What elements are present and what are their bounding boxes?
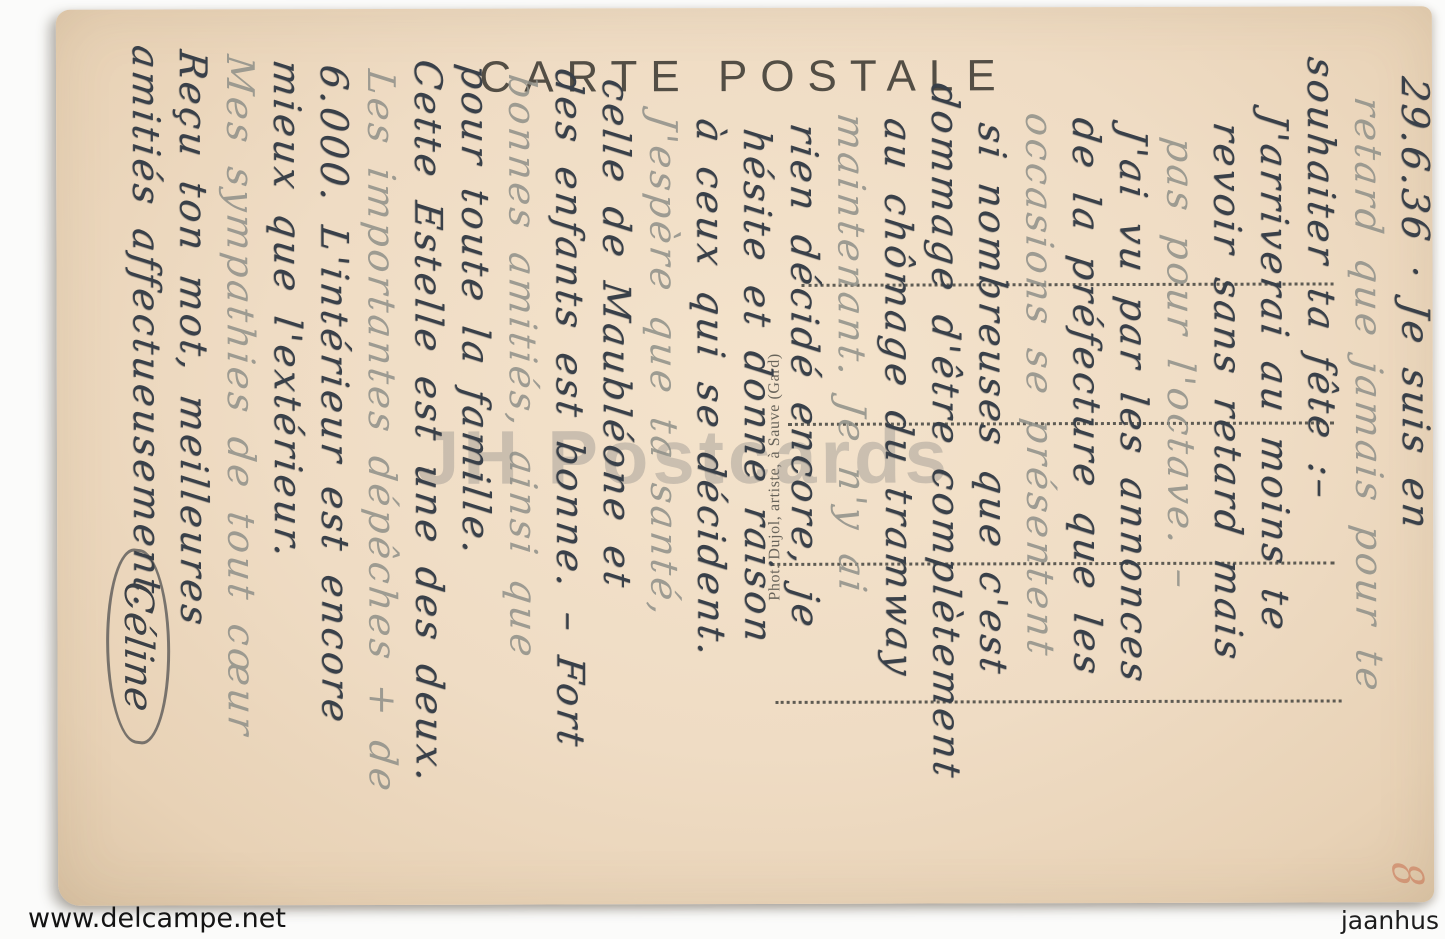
- handwriting-line: dommage d'être complètement: [921, 81, 970, 907]
- red-pencil-mark: 8: [1381, 861, 1433, 888]
- handwriting-line: 6.000. L'intérieur est encore: [310, 62, 359, 908]
- postcard-scan: CARTE POSTALE Phot. Dujol, artiste, à Sa…: [0, 0, 1445, 939]
- handwriting-line: au chômage du tramway: [874, 116, 923, 907]
- handwriting-line: 29.6.36 · Je suis en: [1391, 74, 1440, 905]
- handwriting-line: occasions se présentent: [1015, 110, 1064, 906]
- handwriting-line: à ceux qui se décident.: [686, 116, 735, 907]
- handwriting-line: mieux que l'extérieur.: [263, 57, 312, 908]
- handwriting-line: de la préfecture que les: [1062, 115, 1111, 906]
- handwriting-line: retard que jamais pour te: [1344, 95, 1393, 906]
- signature: Céline: [53, 561, 223, 731]
- handwriting-line: maintenant. Je n'y ai: [827, 111, 876, 907]
- postcard-back: CARTE POSTALE Phot. Dujol, artiste, à Sa…: [56, 6, 1434, 906]
- handwriting-line: si nombreuses que c'est: [968, 121, 1017, 907]
- handwriting-line: revoir sans retard mais: [1203, 120, 1252, 906]
- handwriting-line: amitiés affectueusement.: [122, 43, 171, 909]
- handwriting-line: pas pour l'octave. –: [1156, 135, 1205, 906]
- handwriting-line: J'ai vu par les annonces: [1109, 125, 1158, 906]
- handwriting-line: pour toute la famille.: [451, 62, 500, 908]
- handwriting-line: Cette Estelle est une des deux.: [404, 57, 453, 908]
- signature-name: Céline: [106, 545, 171, 749]
- handwriting-line: Les importantes dépêches + de: [357, 67, 406, 908]
- handwriting-line: des enfants est bonne. – Fort: [545, 67, 594, 908]
- handwriting-line: hésite et donne raison: [733, 126, 782, 907]
- handwriting-line: Reçu ton mot, meilleures: [169, 48, 218, 909]
- handwriting-line: rien décidé encore, je: [780, 121, 829, 907]
- delcampe-watermark: www.delcampe.net: [28, 903, 286, 934]
- handwriting-line: J'espère que ta santé,: [639, 111, 688, 907]
- handwriting-line: J'arriverai au moins te: [1250, 110, 1299, 906]
- handwriting-line: celle de Maubléone et: [592, 77, 641, 908]
- jaanhus-watermark: jaanhus: [1341, 906, 1439, 935]
- handwriting-line: souhaiter ta fête :–: [1297, 55, 1346, 906]
- handwriting-block: Mon bien cher Norbert.29.6.36 · Je suis …: [117, 22, 1445, 906]
- handwriting-line: Mes sympathies de tout cœur: [216, 52, 265, 908]
- handwriting-line: bonnes amitiés, ainsi que: [498, 72, 547, 908]
